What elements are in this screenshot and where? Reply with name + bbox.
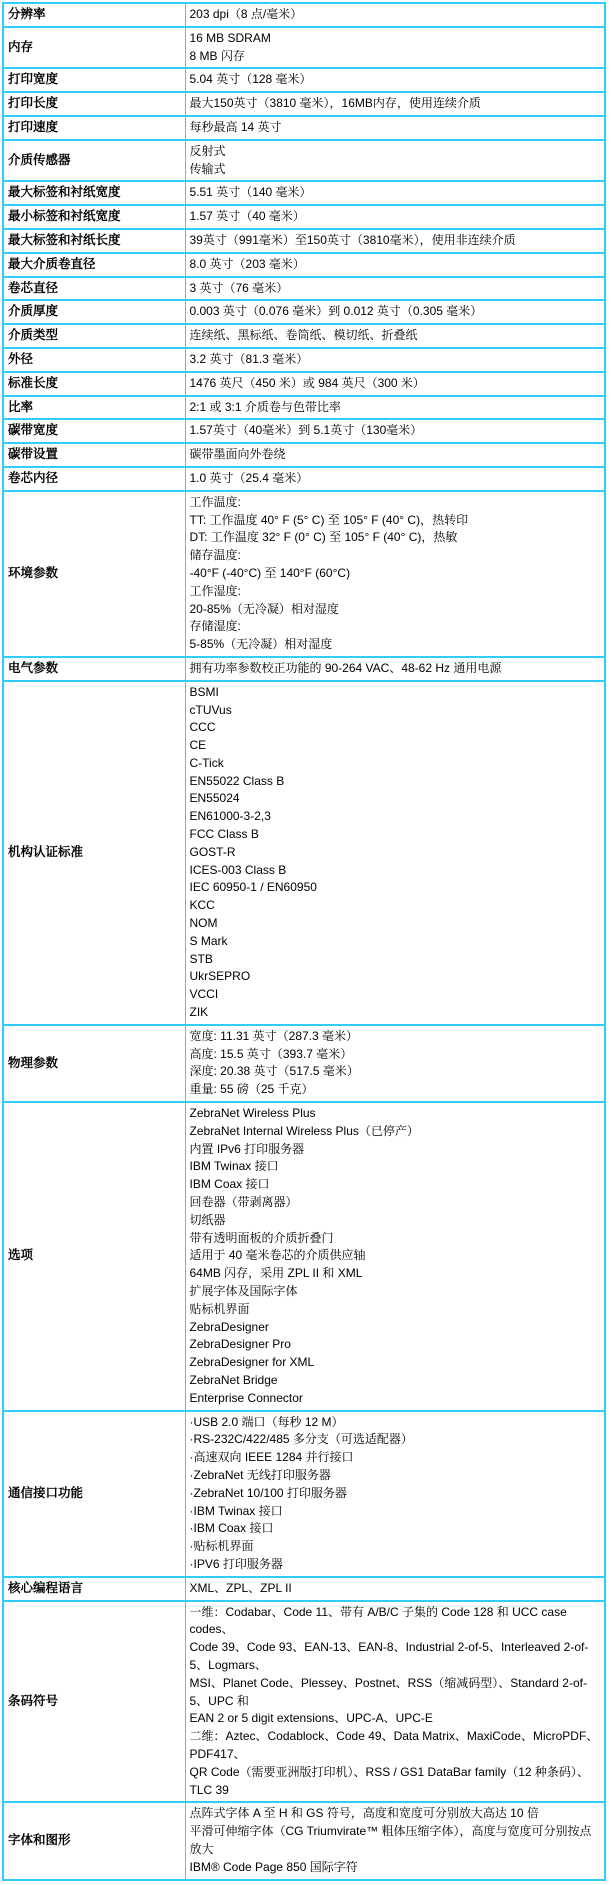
- spec-value-line: ·IBM Twinax 接口: [190, 1503, 601, 1521]
- table-row: 最大标签和衬纸长度39英寸（991毫米）至150英寸（3810毫米），使用非连续…: [3, 229, 605, 253]
- table-row: 打印长度最大150英寸（3810 毫米），16MB内存，使用连续介质: [3, 92, 605, 116]
- spec-value-line: ·贴标机界面: [190, 1538, 601, 1556]
- spec-value: 8.0 英寸（203 毫米）: [185, 253, 605, 277]
- table-row: 字体和图形点阵式字体 A 至 H 和 GS 符号，高度和宽度可分别放大高达 10…: [3, 1802, 605, 1879]
- spec-value: 3.2 英寸（81.3 毫米）: [185, 348, 605, 372]
- spec-value-line: Enterprise Connector: [190, 1390, 601, 1408]
- spec-value-line: 5.51 英寸（140 毫米）: [190, 184, 601, 202]
- spec-label: 卷芯直径: [3, 277, 185, 301]
- table-row: 最小标签和衬纸宽度1.57 英寸（40 毫米）: [3, 205, 605, 229]
- spec-value-line: ·ZebraNet 无线打印服务器: [190, 1467, 601, 1485]
- spec-label: 机构认证标准: [3, 681, 185, 1025]
- table-row: 最大介质卷直径8.0 英寸（203 毫米）: [3, 253, 605, 277]
- table-row: 电气参数拥有功率参数校正功能的 90-264 VAC、48-62 Hz 通用电源: [3, 657, 605, 681]
- spec-value-line: MSI、Planet Code、Plessey、Postnet、RSS（缩减码型…: [190, 1675, 601, 1711]
- spec-value-line: 拥有功率参数校正功能的 90-264 VAC、48-62 Hz 通用电源: [190, 660, 601, 678]
- spec-value-line: Code 39、Code 93、EAN-13、EAN-8、Industrial …: [190, 1639, 601, 1675]
- spec-value: 工作温度:TT: 工作温度 40° F (5° C) 至 105° F (40°…: [185, 491, 605, 657]
- table-row: 标准长度1476 英尺（450 米）或 984 英尺（300 米）: [3, 372, 605, 396]
- spec-value-line: 带有透明面板的介质折叠门: [190, 1230, 601, 1248]
- spec-label: 条码符号: [3, 1601, 185, 1803]
- table-row: 卷芯直径3 英寸（76 毫米）: [3, 277, 605, 301]
- spec-value-line: 3.2 英寸（81.3 毫米）: [190, 351, 601, 369]
- spec-value-line: S Mark: [190, 933, 601, 951]
- spec-value-line: ZebraNet Bridge: [190, 1372, 601, 1390]
- spec-value-line: 8 MB 闪存: [190, 48, 601, 66]
- spec-label: 最大标签和衬纸长度: [3, 229, 185, 253]
- spec-label: 介质类型: [3, 324, 185, 348]
- table-row: 比率2:1 或 3:1 介质卷与色带比率: [3, 396, 605, 420]
- spec-value-line: DT: 工作温度 32° F (0° C) 至 105° F (40° C)，热…: [190, 529, 601, 547]
- spec-value: 1.57 英寸（40 毫米）: [185, 205, 605, 229]
- spec-value-line: 39英寸（991毫米）至150英寸（3810毫米），使用非连续介质: [190, 232, 601, 250]
- spec-label: 分辨率: [3, 3, 185, 27]
- spec-value-line: 重量: 55 磅（25 千克）: [190, 1081, 601, 1099]
- spec-value-line: ZebraDesigner Pro: [190, 1336, 601, 1354]
- spec-value: XML、ZPL、ZPL II: [185, 1577, 605, 1601]
- spec-value: 连续纸、黑标纸、卷筒纸、模切纸、折叠纸: [185, 324, 605, 348]
- spec-value-line: ZebraNet Wireless Plus: [190, 1105, 601, 1123]
- spec-value-line: EN61000-3-2,3: [190, 808, 601, 826]
- table-row: 介质传感器反射式传输式: [3, 140, 605, 182]
- spec-label: 外径: [3, 348, 185, 372]
- spec-value-line: 回卷器（带剥离器）: [190, 1194, 601, 1212]
- spec-value: 1.0 英寸（25.4 毫米）: [185, 467, 605, 491]
- spec-value-line: ·USB 2.0 端口（每秒 12 M）: [190, 1414, 601, 1432]
- spec-value: 点阵式字体 A 至 H 和 GS 符号，高度和宽度可分别放大高达 10 倍平滑可…: [185, 1802, 605, 1879]
- spec-value-line: 0.003 英寸（0.076 毫米）到 0.012 英寸（0.305 毫米）: [190, 303, 601, 321]
- spec-label: 通信接口功能: [3, 1411, 185, 1577]
- spec-label: 环境参数: [3, 491, 185, 657]
- spec-label: 物理参数: [3, 1025, 185, 1102]
- spec-value-line: 5-85%（无冷凝）相对湿度: [190, 636, 601, 654]
- spec-value-line: 一维：Codabar、Code 11、带有 A/B/C 子集的 Code 128…: [190, 1604, 601, 1640]
- spec-value-line: ·RS-232C/422/485 多分支（可选适配器）: [190, 1431, 601, 1449]
- spec-value-line: EAN 2 or 5 digit extensions、UPC-A、UPC-E: [190, 1710, 601, 1728]
- table-row: 通信接口功能·USB 2.0 端口（每秒 12 M）·RS-232C/422/4…: [3, 1411, 605, 1577]
- table-row: 卷芯内径1.0 英寸（25.4 毫米）: [3, 467, 605, 491]
- spec-page: 分辨率203 dpi（8 点/毫米）内存16 MB SDRAM8 MB 闪存打印…: [0, 0, 614, 1883]
- spec-value-line: XML、ZPL、ZPL II: [190, 1580, 601, 1598]
- spec-value-line: IBM® Code Page 850 国际字符: [190, 1859, 601, 1877]
- spec-value-line: C-Tick: [190, 755, 601, 773]
- spec-value-line: 20-85%（无冷凝）相对湿度: [190, 601, 601, 619]
- spec-label: 碳带设置: [3, 443, 185, 467]
- spec-value: 碳带墨面向外卷绕: [185, 443, 605, 467]
- spec-value-line: ·IPV6 打印服务器: [190, 1556, 601, 1574]
- table-row: 内存16 MB SDRAM8 MB 闪存: [3, 27, 605, 69]
- spec-label: 碳带宽度: [3, 419, 185, 443]
- spec-value-line: IBM Twinax 接口: [190, 1158, 601, 1176]
- spec-value-line: 1.57 英寸（40 毫米）: [190, 208, 601, 226]
- spec-value-line: ·高速双向 IEEE 1284 并行接口: [190, 1449, 601, 1467]
- table-row: 介质类型连续纸、黑标纸、卷筒纸、模切纸、折叠纸: [3, 324, 605, 348]
- spec-label: 标准长度: [3, 372, 185, 396]
- spec-value-line: 1476 英尺（450 米）或 984 英尺（300 米）: [190, 375, 601, 393]
- spec-value-line: EN55022 Class B: [190, 773, 601, 791]
- spec-value-line: 内置 IPv6 打印服务器: [190, 1141, 601, 1159]
- spec-value-line: 连续纸、黑标纸、卷筒纸、模切纸、折叠纸: [190, 327, 601, 345]
- table-row: 打印宽度5.04 英寸（128 毫米）: [3, 68, 605, 92]
- spec-value: 203 dpi（8 点/毫米）: [185, 3, 605, 27]
- spec-value-line: 16 MB SDRAM: [190, 30, 601, 48]
- spec-value-line: 储存温度:: [190, 547, 601, 565]
- spec-value-line: ZebraDesigner for XML: [190, 1354, 601, 1372]
- spec-label: 打印宽度: [3, 68, 185, 92]
- spec-value-line: UkrSEPRO: [190, 968, 601, 986]
- spec-label: 最小标签和衬纸宽度: [3, 205, 185, 229]
- spec-value-line: 扩展字体及国际字体: [190, 1283, 601, 1301]
- spec-value-line: 平滑可伸缩字体（CG Triumvirate™ 粗体压缩字体），高度与宽度可分别…: [190, 1823, 601, 1859]
- spec-value: ZebraNet Wireless PlusZebraNet Internal …: [185, 1102, 605, 1411]
- spec-value-line: 最大150英寸（3810 毫米），16MB内存，使用连续介质: [190, 95, 601, 113]
- spec-value-line: 适用于 40 毫米卷芯的介质供应轴: [190, 1247, 601, 1265]
- spec-value: 最大150英寸（3810 毫米），16MB内存，使用连续介质: [185, 92, 605, 116]
- spec-label: 打印长度: [3, 92, 185, 116]
- spec-value-line: IBM Coax 接口: [190, 1176, 601, 1194]
- spec-value-line: STB: [190, 951, 601, 969]
- spec-value-line: CCC: [190, 719, 601, 737]
- spec-value-line: ICES-003 Class B: [190, 862, 601, 880]
- table-row: 环境参数工作温度:TT: 工作温度 40° F (5° C) 至 105° F …: [3, 491, 605, 657]
- spec-label: 最大标签和衬纸宽度: [3, 181, 185, 205]
- spec-value: 16 MB SDRAM8 MB 闪存: [185, 27, 605, 69]
- spec-label: 电气参数: [3, 657, 185, 681]
- spec-value-line: 传输式: [190, 161, 601, 179]
- spec-value-line: ZebraNet Internal Wireless Plus（已停产）: [190, 1123, 601, 1141]
- spec-value-line: 点阵式字体 A 至 H 和 GS 符号，高度和宽度可分别放大高达 10 倍: [190, 1805, 601, 1823]
- spec-value-line: KCC: [190, 897, 601, 915]
- spec-value-line: 2:1 或 3:1 介质卷与色带比率: [190, 399, 601, 417]
- spec-value: 拥有功率参数校正功能的 90-264 VAC、48-62 Hz 通用电源: [185, 657, 605, 681]
- table-row: 碳带设置碳带墨面向外卷绕: [3, 443, 605, 467]
- spec-value-line: NOM: [190, 915, 601, 933]
- table-row: 核心编程语言XML、ZPL、ZPL II: [3, 1577, 605, 1601]
- spec-value-line: FCC Class B: [190, 826, 601, 844]
- spec-value: 1476 英尺（450 米）或 984 英尺（300 米）: [185, 372, 605, 396]
- spec-value-line: 203 dpi（8 点/毫米）: [190, 6, 601, 24]
- spec-value-line: 工作温度:: [190, 494, 601, 512]
- spec-value-line: IEC 60950-1 / EN60950: [190, 879, 601, 897]
- spec-value-line: 切纸器: [190, 1212, 601, 1230]
- spec-label: 内存: [3, 27, 185, 69]
- spec-value-line: 二维：Aztec、Codablock、Code 49、Data Matrix、M…: [190, 1728, 601, 1764]
- spec-value: 1.57英寸（40毫米）到 5.1英寸（130毫米）: [185, 419, 605, 443]
- spec-value: 反射式传输式: [185, 140, 605, 182]
- spec-value: BSMIcTUVusCCCCEC-TickEN55022 Class BEN55…: [185, 681, 605, 1025]
- spec-value: 每秒最高 14 英寸: [185, 116, 605, 140]
- table-row: 物理参数宽度: 11.31 英寸（287.3 毫米）高度: 15.5 英寸（39…: [3, 1025, 605, 1102]
- spec-value-line: 1.0 英寸（25.4 毫米）: [190, 470, 601, 488]
- spec-label: 介质传感器: [3, 140, 185, 182]
- table-row: 最大标签和衬纸宽度5.51 英寸（140 毫米）: [3, 181, 605, 205]
- table-row: 机构认证标准BSMIcTUVusCCCCEC-TickEN55022 Class…: [3, 681, 605, 1025]
- table-row: 分辨率203 dpi（8 点/毫米）: [3, 3, 605, 27]
- table-row: 外径3.2 英寸（81.3 毫米）: [3, 348, 605, 372]
- spec-value-line: TT: 工作温度 40° F (5° C) 至 105° F (40° C)，热…: [190, 512, 601, 530]
- spec-value-line: 碳带墨面向外卷绕: [190, 446, 601, 464]
- spec-label: 核心编程语言: [3, 1577, 185, 1601]
- spec-value: 3 英寸（76 毫米）: [185, 277, 605, 301]
- spec-value: 5.04 英寸（128 毫米）: [185, 68, 605, 92]
- spec-table-body: 分辨率203 dpi（8 点/毫米）内存16 MB SDRAM8 MB 闪存打印…: [3, 3, 605, 1880]
- spec-label: 比率: [3, 396, 185, 420]
- spec-value-line: QR Code（需要亚洲版打印机）、RSS / GS1 DataBar fami…: [190, 1764, 601, 1800]
- spec-value-line: 高度: 15.5 英寸（393.7 毫米）: [190, 1046, 601, 1064]
- table-row: 碳带宽度1.57英寸（40毫米）到 5.1英寸（130毫米）: [3, 419, 605, 443]
- spec-label: 字体和图形: [3, 1802, 185, 1879]
- spec-value-line: 反射式: [190, 143, 601, 161]
- spec-value-line: 8.0 英寸（203 毫米）: [190, 256, 601, 274]
- spec-value-line: EN55024: [190, 790, 601, 808]
- spec-value-line: ·IBM Coax 接口: [190, 1520, 601, 1538]
- spec-label: 介质厚度: [3, 300, 185, 324]
- spec-label: 打印速度: [3, 116, 185, 140]
- spec-value-line: ZIK: [190, 1004, 601, 1022]
- table-row: 选项ZebraNet Wireless PlusZebraNet Interna…: [3, 1102, 605, 1411]
- spec-label: 卷芯内径: [3, 467, 185, 491]
- spec-label: 选项: [3, 1102, 185, 1411]
- spec-value-line: 宽度: 11.31 英寸（287.3 毫米）: [190, 1028, 601, 1046]
- spec-value-line: VCCI: [190, 986, 601, 1004]
- spec-value-line: 1.57英寸（40毫米）到 5.1英寸（130毫米）: [190, 422, 601, 440]
- spec-value-line: GOST-R: [190, 844, 601, 862]
- spec-value-line: -40°F (-40°C) 至 140°F (60°C): [190, 565, 601, 583]
- spec-value-line: 每秒最高 14 英寸: [190, 119, 601, 137]
- spec-value-line: 工作湿度:: [190, 583, 601, 601]
- spec-value-line: 64MB 闪存，采用 ZPL II 和 XML: [190, 1265, 601, 1283]
- spec-value-line: cTUVus: [190, 702, 601, 720]
- table-row: 打印速度每秒最高 14 英寸: [3, 116, 605, 140]
- spec-value: ·USB 2.0 端口（每秒 12 M）·RS-232C/422/485 多分支…: [185, 1411, 605, 1577]
- spec-label: 最大介质卷直径: [3, 253, 185, 277]
- spec-value: 39英寸（991毫米）至150英寸（3810毫米），使用非连续介质: [185, 229, 605, 253]
- spec-value-line: ZebraDesigner: [190, 1319, 601, 1337]
- table-row: 条码符号一维：Codabar、Code 11、带有 A/B/C 子集的 Code…: [3, 1601, 605, 1803]
- spec-value: 一维：Codabar、Code 11、带有 A/B/C 子集的 Code 128…: [185, 1601, 605, 1803]
- spec-value-line: 存储湿度:: [190, 618, 601, 636]
- spec-value: 2:1 或 3:1 介质卷与色带比率: [185, 396, 605, 420]
- spec-value-line: 5.04 英寸（128 毫米）: [190, 71, 601, 89]
- spec-value-line: 3 英寸（76 毫米）: [190, 280, 601, 298]
- spec-value-line: 深度: 20.38 英寸（517.5 毫米）: [190, 1063, 601, 1081]
- spec-value-line: 贴标机界面: [190, 1301, 601, 1319]
- spec-value: 宽度: 11.31 英寸（287.3 毫米）高度: 15.5 英寸（393.7 …: [185, 1025, 605, 1102]
- spec-value: 0.003 英寸（0.076 毫米）到 0.012 英寸（0.305 毫米）: [185, 300, 605, 324]
- spec-value-line: CE: [190, 737, 601, 755]
- printer-spec-table: 分辨率203 dpi（8 点/毫米）内存16 MB SDRAM8 MB 闪存打印…: [2, 2, 606, 1881]
- table-row: 介质厚度0.003 英寸（0.076 毫米）到 0.012 英寸（0.305 毫…: [3, 300, 605, 324]
- spec-value: 5.51 英寸（140 毫米）: [185, 181, 605, 205]
- spec-value-line: ·ZebraNet 10/100 打印服务器: [190, 1485, 601, 1503]
- spec-value-line: BSMI: [190, 684, 601, 702]
